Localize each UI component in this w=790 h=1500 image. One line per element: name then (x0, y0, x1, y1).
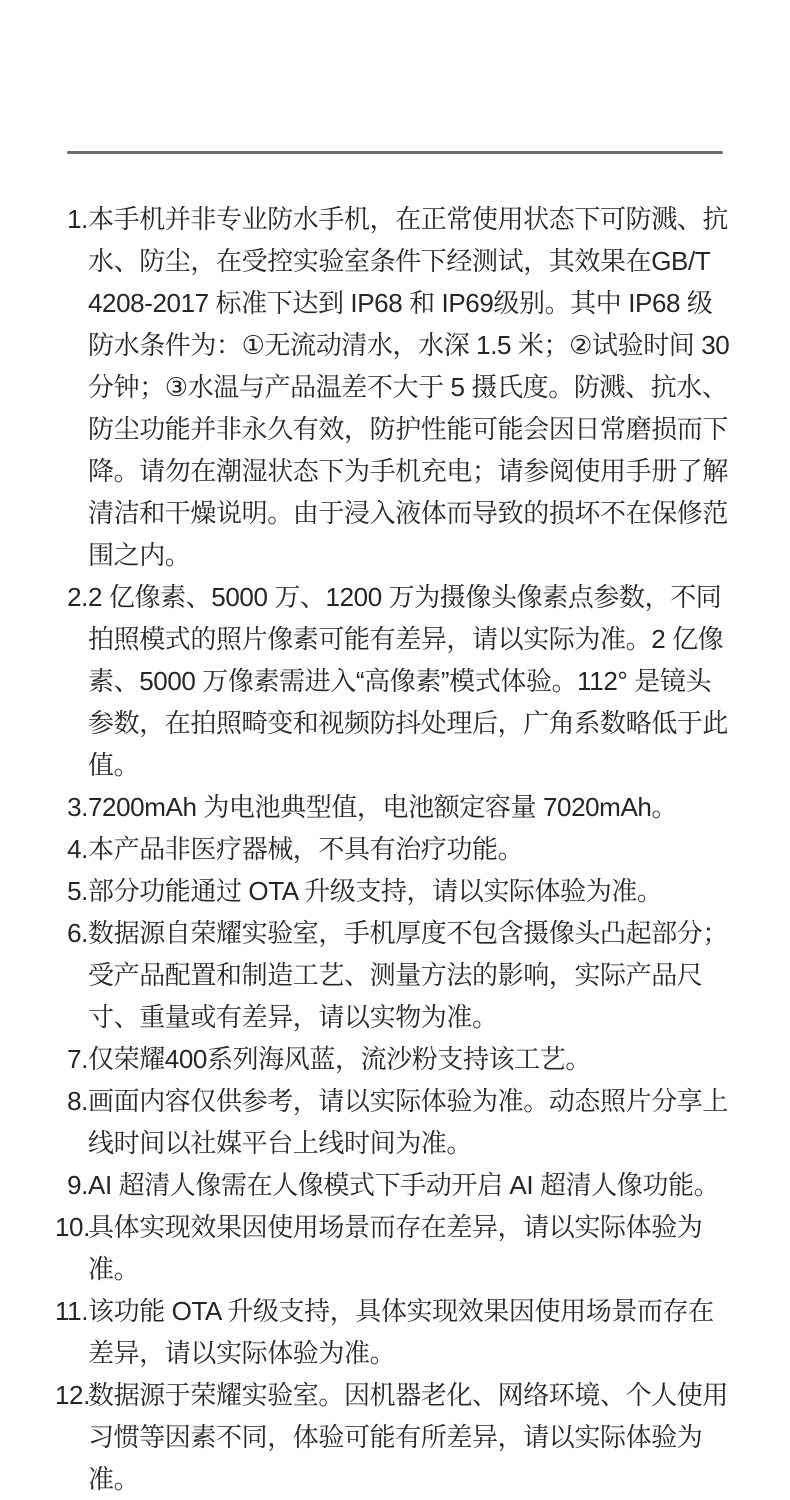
section-divider (67, 151, 723, 154)
footnote-item-5: 5. 部分功能通过 OTA 升级支持，请以实际体验为准。 (55, 870, 730, 912)
footnote-item-4: 4. 本产品非医疗器械，不具有治疗功能。 (55, 828, 730, 870)
footnote-text: AI 超清人像需在人像模式下手动开启 AI 超清人像功能。 (88, 1164, 730, 1206)
footnote-text: 本产品非医疗器械，不具有治疗功能。 (88, 828, 730, 870)
footnote-number: 10. (55, 1206, 88, 1248)
footnotes-list: 1. 本手机并非专业防水手机，在正常使用状态下可防溅、抗水、防尘，在受控实验室条… (55, 198, 730, 1500)
footnote-number: 12. (55, 1374, 88, 1416)
footnote-number: 7. (55, 1038, 88, 1080)
footnote-item-11: 11. 该功能 OTA 升级支持，具体实现效果因使用场景而存在差异，请以实际体验… (55, 1290, 730, 1374)
footnote-item-1: 1. 本手机并非专业防水手机，在正常使用状态下可防溅、抗水、防尘，在受控实验室条… (55, 198, 730, 576)
footnote-number: 5. (55, 870, 88, 912)
footnote-number: 6. (55, 912, 88, 954)
footnote-text: 本手机并非专业防水手机，在正常使用状态下可防溅、抗水、防尘，在受控实验室条件下经… (88, 198, 730, 576)
footnote-text: 7200mAh 为电池典型值，电池额定容量 7020mAh。 (88, 786, 730, 828)
footnote-number: 3. (55, 786, 88, 828)
footnote-text: 2 亿像素、5000 万、1200 万为摄像头像素点参数，不同拍照模式的照片像素… (88, 576, 730, 786)
footnote-text: 数据源自荣耀实验室，手机厚度不包含摄像头凸起部分；受产品配置和制造工艺、测量方法… (88, 912, 730, 1038)
footnote-text: 部分功能通过 OTA 升级支持，请以实际体验为准。 (88, 870, 730, 912)
footnote-item-8: 8. 画面内容仅供参考，请以实际体验为准。动态照片分享上线时间以社媒平台上线时间… (55, 1080, 730, 1164)
footnote-item-6: 6. 数据源自荣耀实验室，手机厚度不包含摄像头凸起部分；受产品配置和制造工艺、测… (55, 912, 730, 1038)
footnote-item-12: 12. 数据源于荣耀实验室。因机器老化、网络环境、个人使用习惯等因素不同，体验可… (55, 1374, 730, 1500)
footnote-number: 9. (55, 1164, 88, 1206)
footnote-text: 该功能 OTA 升级支持，具体实现效果因使用场景而存在差异，请以实际体验为准。 (88, 1290, 730, 1374)
footnote-number: 11. (55, 1290, 88, 1332)
footnote-item-10: 10. 具体实现效果因使用场景而存在差异，请以实际体验为准。 (55, 1206, 730, 1290)
footnote-text: 数据源于荣耀实验室。因机器老化、网络环境、个人使用习惯等因素不同，体验可能有所差… (88, 1374, 730, 1500)
footnote-number: 1. (55, 198, 88, 240)
footnote-item-7: 7. 仅荣耀400系列海风蓝，流沙粉支持该工艺。 (55, 1038, 730, 1080)
footnote-item-3: 3. 7200mAh 为电池典型值，电池额定容量 7020mAh。 (55, 786, 730, 828)
footnote-text: 仅荣耀400系列海风蓝，流沙粉支持该工艺。 (88, 1038, 730, 1080)
footnote-text: 具体实现效果因使用场景而存在差异，请以实际体验为准。 (88, 1206, 730, 1290)
footnote-item-9: 9. AI 超清人像需在人像模式下手动开启 AI 超清人像功能。 (55, 1164, 730, 1206)
footnote-number: 8. (55, 1080, 88, 1122)
footnote-number: 4. (55, 828, 88, 870)
footnote-number: 2. (55, 576, 88, 618)
footnote-text: 画面内容仅供参考，请以实际体验为准。动态照片分享上线时间以社媒平台上线时间为准。 (88, 1080, 730, 1164)
footnote-item-2: 2. 2 亿像素、5000 万、1200 万为摄像头像素点参数，不同拍照模式的照… (55, 576, 730, 786)
disclaimer-page: 1. 本手机并非专业防水手机，在正常使用状态下可防溅、抗水、防尘，在受控实验室条… (0, 0, 790, 1500)
